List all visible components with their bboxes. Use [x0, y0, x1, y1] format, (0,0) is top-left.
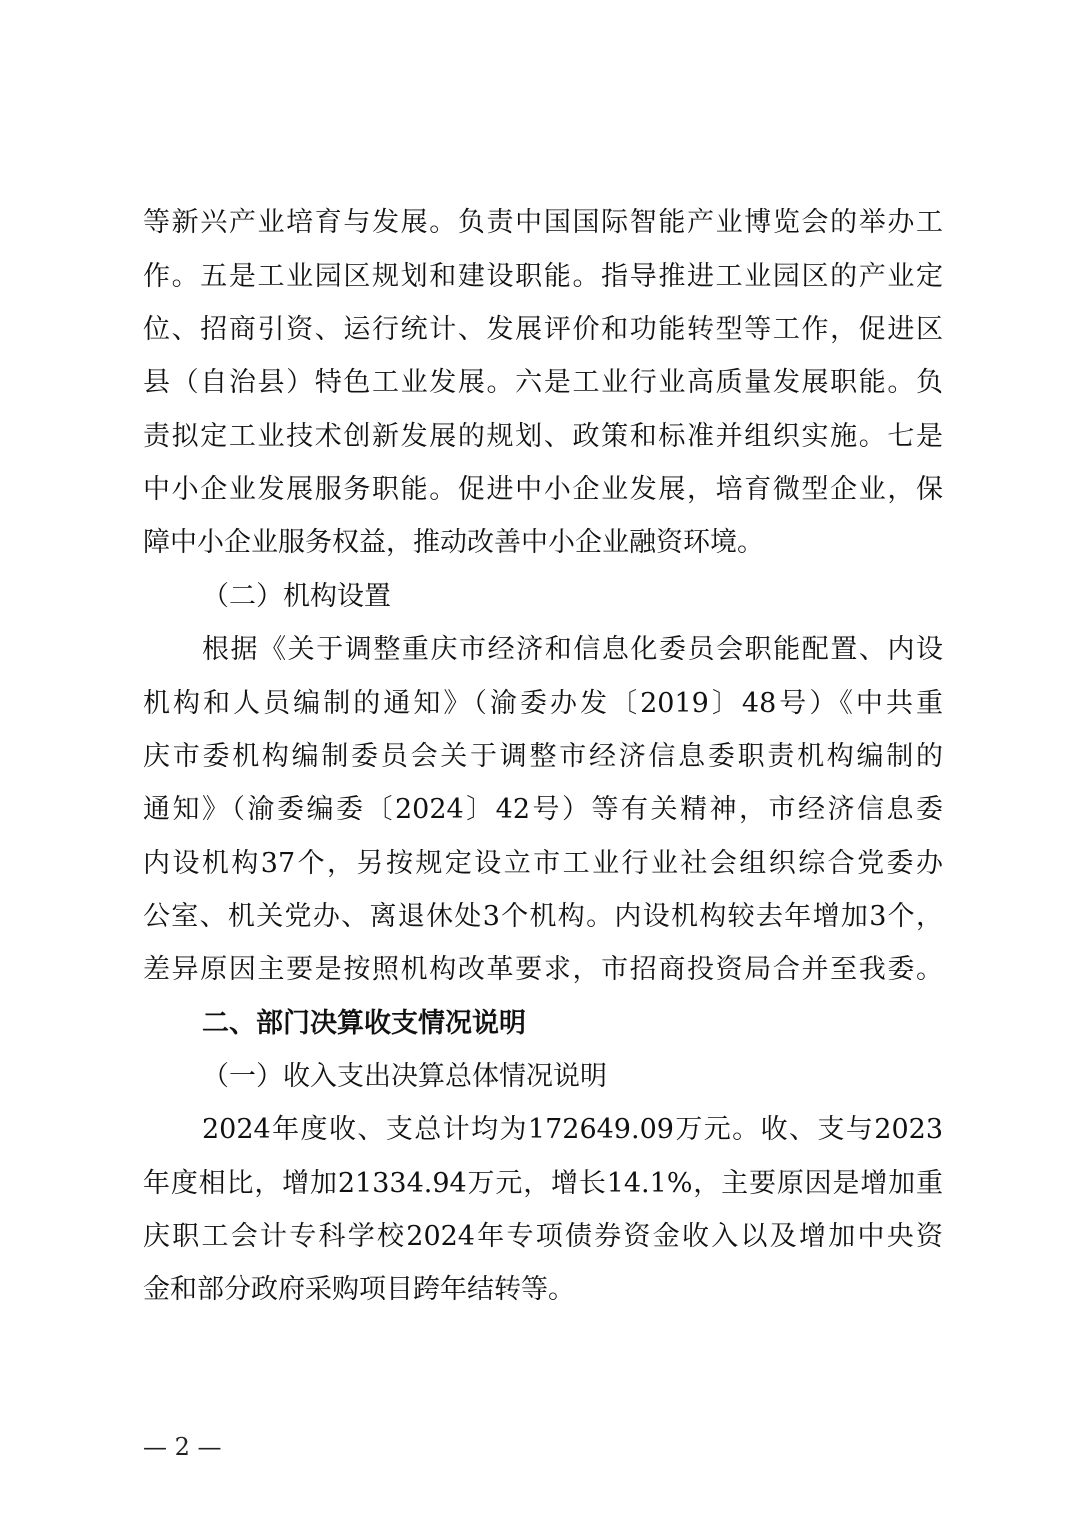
- text-line: 庆职工会计专科学校2024年专项债券资金收入以及增加中央资: [143, 1217, 943, 1257]
- page-number: — 2 —: [143, 1432, 222, 1462]
- text-line: 机构和人员编制的通知》（渝委办发〔2019〕48号）《中共重: [143, 684, 943, 724]
- text-line: 等新兴产业培育与发展。负责中国国际智能产业博览会的举办工: [143, 203, 943, 243]
- text-line: 2024年度收、支总计均为172649.09万元。收、支与2023: [202, 1110, 943, 1150]
- text-line: 年度相比，增加21334.94万元，增长14.1%，主要原因是增加重: [143, 1164, 943, 1204]
- text-line: 障中小企业服务权益，推动改善中小企业融资环境。: [143, 523, 943, 563]
- text-line: 作。五是工业园区规划和建设职能。指导推进工业园区的产业定: [143, 257, 943, 297]
- document-page: 等新兴产业培育与发展。负责中国国际智能产业博览会的举办工作。五是工业园区规划和建…: [0, 0, 1075, 1520]
- text-line: 中小企业发展服务职能。促进中小企业发展，培育微型企业，保: [143, 470, 943, 510]
- text-line: 根据《关于调整重庆市经济和信息化委员会职能配置、内设: [202, 630, 943, 670]
- text-line: 内设机构37个，另按规定设立市工业行业社会组织综合党委办: [143, 844, 943, 884]
- text-line: 县（自治县）特色工业发展。六是工业行业高质量发展职能。负: [143, 363, 943, 403]
- text-line: 差异原因主要是按照机构改革要求，市招商投资局合并至我委。: [143, 950, 943, 990]
- text-line: 责拟定工业技术创新发展的规划、政策和标准并组织实施。七是: [143, 417, 943, 457]
- subsection-heading: （二）机构设置: [202, 577, 943, 617]
- subsection-heading: （一）收入支出决算总体情况说明: [202, 1057, 943, 1097]
- text-line: 庆市委机构编制委员会关于调整市经济信息委职责机构编制的: [143, 737, 943, 777]
- section-heading: 二、部门决算收支情况说明: [202, 1004, 943, 1044]
- text-line: 金和部分政府采购项目跨年结转等。: [143, 1270, 943, 1310]
- text-line: 公室、机关党办、离退休处3个机构。内设机构较去年增加3个，: [143, 897, 943, 937]
- text-line: 位、招商引资、运行统计、发展评价和功能转型等工作，促进区: [143, 310, 943, 350]
- text-line: 通知》（渝委编委〔2024〕42号）等有关精神，市经济信息委: [143, 790, 943, 830]
